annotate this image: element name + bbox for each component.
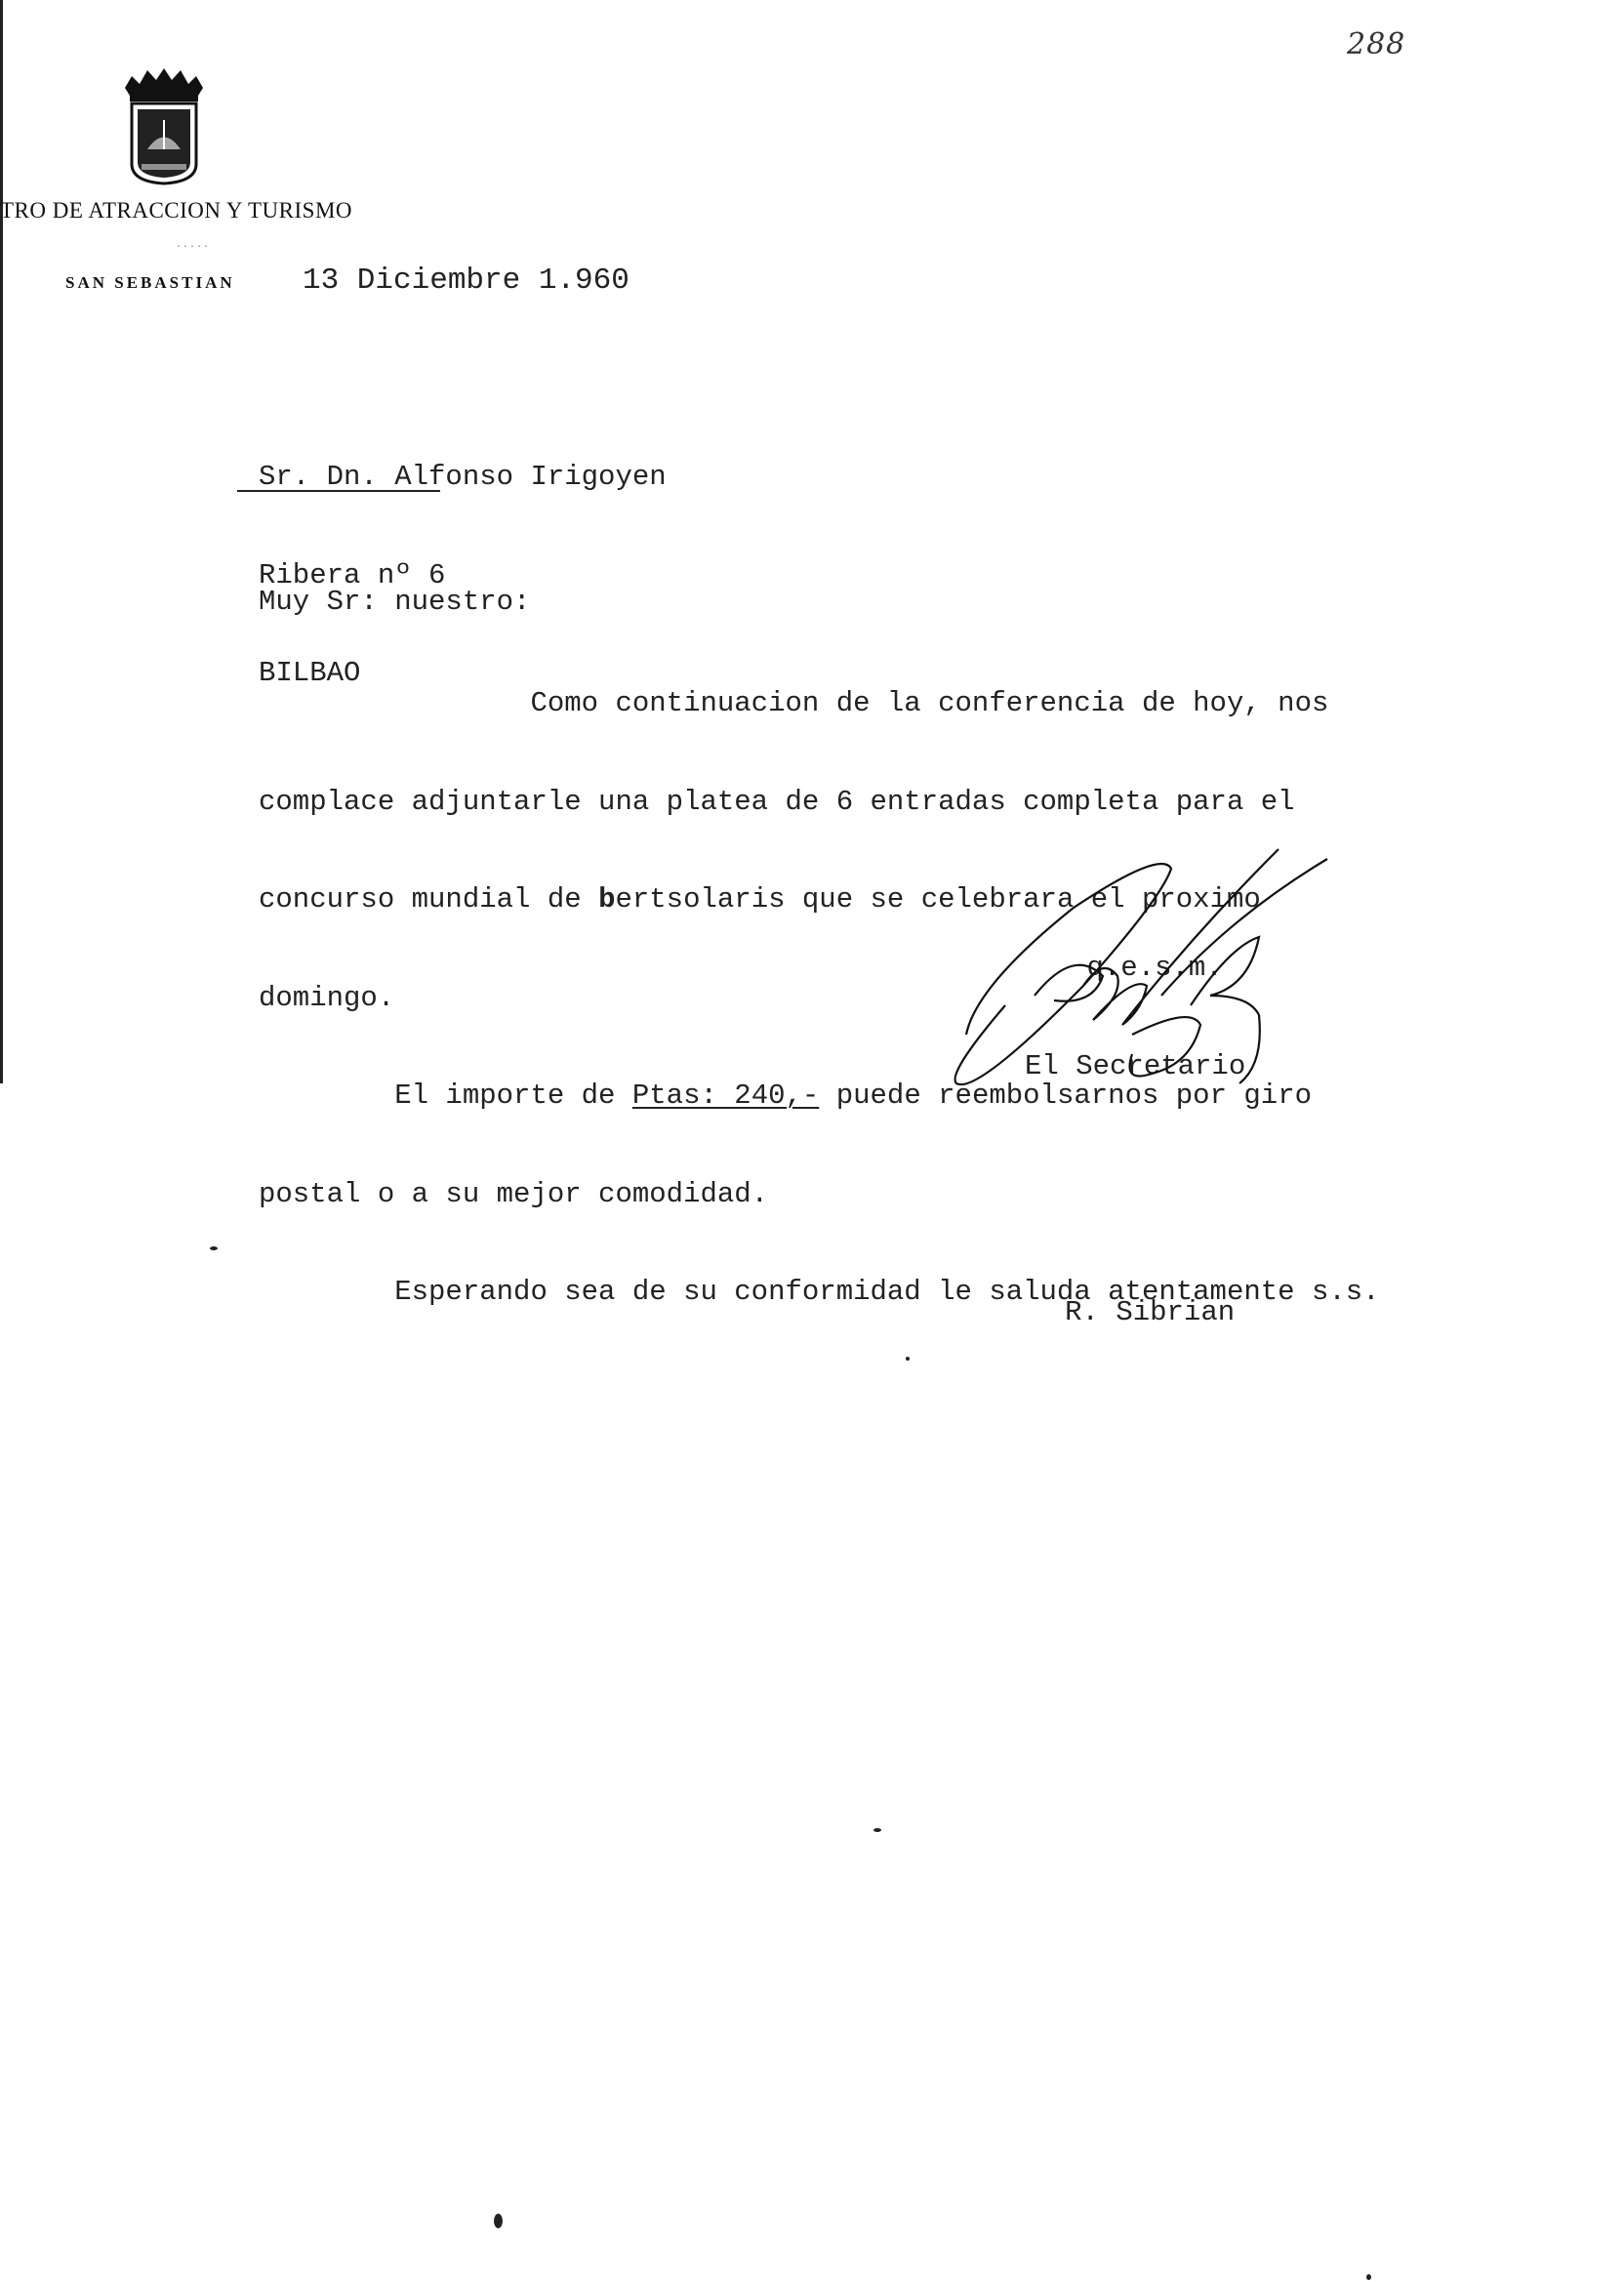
scan-speck: [210, 1246, 218, 1250]
organization-name: TRO DE ATRACCION Y TURISMO: [0, 198, 352, 224]
scan-speck: [873, 1828, 881, 1832]
recipient-underline: [237, 490, 440, 492]
scan-speck: [1366, 2274, 1371, 2280]
coat-of-arms-crest-icon: [120, 66, 208, 185]
scan-left-edge: [0, 0, 3, 1083]
body-line: complace adjuntarle una platea de 6 entr…: [259, 786, 1380, 819]
body-line: Como continuacion de la conferencia de h…: [259, 687, 1380, 720]
letterhead-divider: .....: [176, 240, 210, 251]
handwritten-signature-icon: [937, 839, 1347, 1093]
recipient-name: Sr. Dn. Alfonso Irigoyen: [259, 461, 667, 494]
signer-name: R. Sibrian: [1054, 1296, 1245, 1329]
body-text-fragment: concurso mundial de: [259, 883, 598, 916]
letter-date: 13 Diciembre 1.960: [303, 264, 629, 298]
amount-underlined: Ptas: 240,-: [632, 1080, 819, 1112]
overstruck-letter: b: [598, 883, 615, 916]
scan-speck: [494, 2214, 503, 2228]
scan-speck: [906, 1357, 910, 1361]
letterhead-city: SAN SEBASTIAN: [65, 273, 235, 293]
salutation: Muy Sr: nuestro:: [259, 586, 530, 619]
handwritten-page-number: 288: [1347, 27, 1405, 61]
body-text-fragment: El importe de: [259, 1080, 632, 1112]
